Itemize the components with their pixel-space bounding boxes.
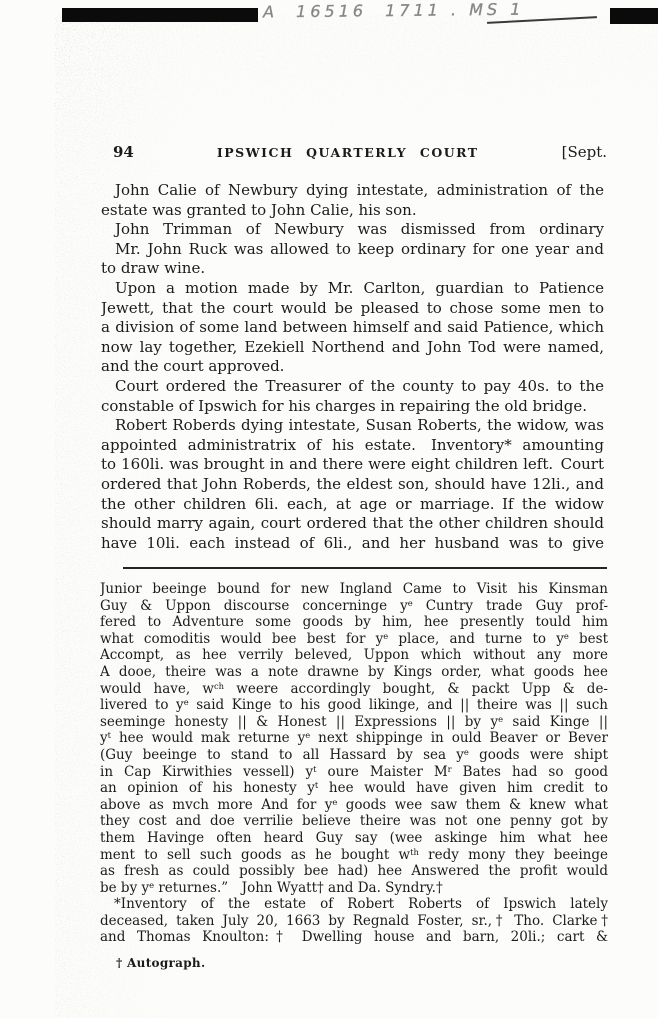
superscript-letter: e bbox=[498, 714, 503, 724]
text-line: estate was granted to John Calie, his so… bbox=[101, 201, 604, 221]
text-line: ment to sell such goods as he bought wth… bbox=[100, 847, 608, 864]
text-line: what comoditis would bee best for ye pla… bbox=[100, 631, 608, 648]
page-number: 94 bbox=[113, 143, 134, 161]
autograph-footnote: † Autograph. bbox=[116, 956, 205, 970]
text-line: John Trimman of Newbury was dismissed fr… bbox=[101, 220, 604, 240]
text-line: as fresh as could possibly bee had) hee … bbox=[100, 863, 608, 880]
paragraph: Court ordered the Treasurer of the count… bbox=[101, 377, 604, 416]
scan-black-bar-right bbox=[610, 8, 658, 24]
text-line: Upon a motion made by Mr. Carlton, guard… bbox=[101, 279, 604, 299]
section-divider-rule bbox=[123, 567, 607, 569]
paragraph: Robert Roberds dying intestate, Susan Ro… bbox=[101, 416, 604, 553]
superscript-letter: r bbox=[448, 764, 452, 774]
running-title: IPSWICH QUARTERLY COURT bbox=[134, 145, 562, 160]
text-line: they cost and doe verrilie believe their… bbox=[100, 813, 608, 830]
text-line: ordered that John Roberds, the eldest so… bbox=[101, 475, 604, 495]
superscript-letter: t bbox=[108, 730, 111, 740]
text-line: Accompt, as hee verrily beleved, Uppon w… bbox=[100, 647, 608, 664]
text-line: (Guy beeinge to stand to all Hassard by … bbox=[100, 747, 608, 764]
text-line: them Havinge often heard Guy say (wee as… bbox=[100, 830, 608, 847]
superscript-letter: h bbox=[219, 681, 224, 691]
superscript-letter: e bbox=[464, 747, 469, 757]
footnote-text-block: Junior beeinge bound for new Ingland Cam… bbox=[100, 581, 608, 946]
date-label: [Sept. bbox=[562, 143, 607, 161]
text-line: appointed administratrix of his estate. … bbox=[101, 436, 604, 456]
text-line: a division of some land between himself … bbox=[101, 318, 604, 338]
text-line: Jewett, that the court would be pleased … bbox=[101, 299, 604, 319]
text-line: John Calie of Newbury dying intestate, a… bbox=[101, 181, 604, 201]
paragraph: Mr. John Ruck was allowed to keep ordina… bbox=[101, 240, 604, 279]
text-line: Robert Roberds dying intestate, Susan Ro… bbox=[101, 416, 604, 436]
text-line: Court ordered the Treasurer of the count… bbox=[101, 377, 604, 397]
text-line: deceased, taken July 20, 1663 by Regnald… bbox=[100, 913, 608, 930]
text-line: to 160li. was brought in and there were … bbox=[101, 455, 604, 475]
text-line: *Inventory of the estate of Robert Rober… bbox=[100, 896, 608, 913]
text-line: Junior beeinge bound for new Ingland Cam… bbox=[100, 581, 608, 598]
superscript-letter: e bbox=[408, 598, 413, 608]
paragraph: Junior beeinge bound for new Ingland Cam… bbox=[100, 581, 608, 896]
superscript-letter: e bbox=[564, 631, 569, 641]
text-line: livered to ye said Kinge to his good lik… bbox=[100, 697, 608, 714]
text-line: an opinion of his honesty yt hee would h… bbox=[100, 780, 608, 797]
superscript-letter: e bbox=[305, 730, 310, 740]
text-line: constable of Ipswich for his charges in … bbox=[101, 397, 604, 417]
page-header: 94 IPSWICH QUARTERLY COURT [Sept. bbox=[113, 143, 607, 161]
text-line: seeminge honesty || & Honest || Expressi… bbox=[100, 714, 608, 731]
superscript-letter: e bbox=[149, 880, 154, 890]
text-line: now lay together, Ezekiell Northend and … bbox=[101, 338, 604, 358]
text-line: be by ye returnes.” John Wyatt† and Da. … bbox=[100, 880, 608, 897]
main-text-block: John Calie of Newbury dying intestate, a… bbox=[101, 181, 604, 553]
text-line: and the court approved. bbox=[101, 357, 604, 377]
text-line: above as mvch more And for ye goods wee … bbox=[100, 797, 608, 814]
text-line: in Cap Kirwithies vessell) yt oure Maist… bbox=[100, 764, 608, 781]
superscript-letter: t bbox=[315, 780, 318, 790]
text-line: yt hee would mak returne ye next shippin… bbox=[100, 730, 608, 747]
text-line: Mr. John Ruck was allowed to keep ordina… bbox=[101, 240, 604, 260]
superscript-letter: e bbox=[383, 631, 388, 641]
scan-black-bar-left bbox=[62, 8, 258, 22]
text-line: and Thomas Knoulton:† Dwelling house and… bbox=[100, 929, 608, 946]
superscript-letter: t bbox=[313, 764, 316, 774]
text-line: have 10li. each instead of 6li., and her… bbox=[101, 534, 604, 554]
text-line: A dooe, theire was a note drawne by King… bbox=[100, 664, 608, 681]
text-line: would have, wch weere accordingly bought… bbox=[100, 681, 608, 698]
text-line: to draw wine. bbox=[101, 259, 604, 279]
paragraph: *Inventory of the estate of Robert Rober… bbox=[100, 896, 608, 946]
text-line: Guy & Uppon discourse concerninge ye Cun… bbox=[100, 598, 608, 615]
scanned-book-page: A 16516 1711 . MS 1 94 IPSWICH QUARTERLY… bbox=[0, 0, 658, 1018]
text-line: should marry again, court ordered that t… bbox=[101, 514, 604, 534]
text-line: the other children 6li. each, at age or … bbox=[101, 495, 604, 515]
superscript-letter: e bbox=[332, 797, 337, 807]
superscript-letter: h bbox=[413, 847, 418, 857]
superscript-letter: e bbox=[184, 697, 189, 707]
paragraph: John Trimman of Newbury was dismissed fr… bbox=[101, 220, 604, 240]
paragraph: John Calie of Newbury dying intestate, a… bbox=[101, 181, 604, 220]
text-line: fered to Adventure some goods by him, he… bbox=[100, 614, 608, 631]
paragraph: Upon a motion made by Mr. Carlton, guard… bbox=[101, 279, 604, 377]
handwritten-annotation: A 16516 1711 . MS 1 bbox=[263, 0, 525, 21]
